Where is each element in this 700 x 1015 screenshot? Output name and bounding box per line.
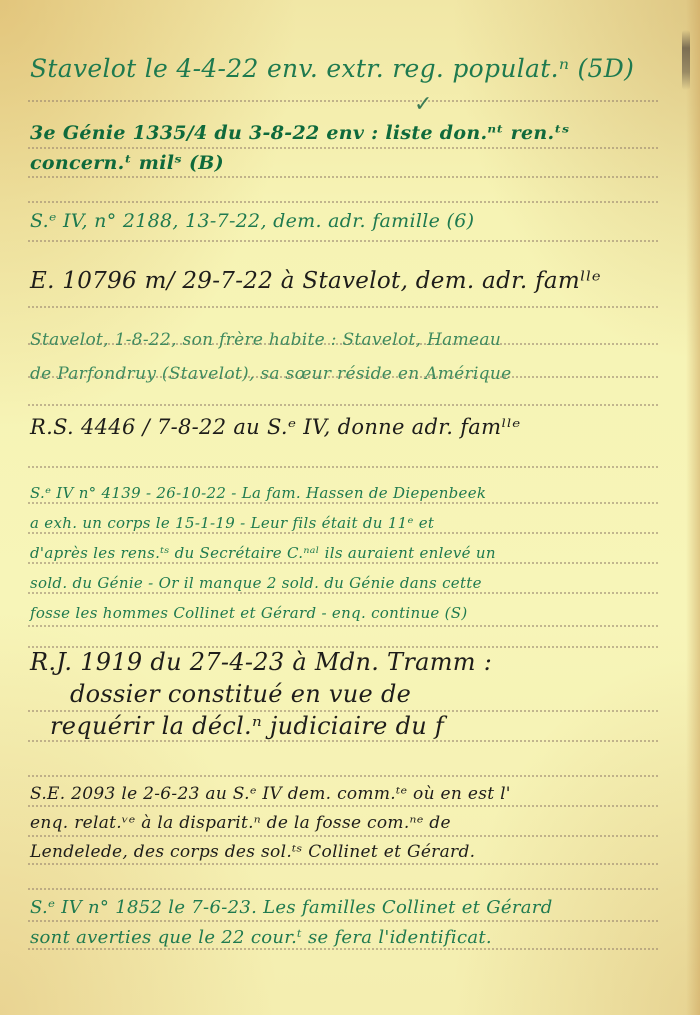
entry-line: dossier constitué en vue de	[30, 678, 680, 710]
entry-line: a exh. un corps le 15-1-19 - Leur fils é…	[30, 508, 680, 538]
entry-line: S.ᵉ IV n° 1852 le 7-6-23. Les familles C…	[30, 893, 680, 923]
entry-line: Stavelot le 4-4-22 env. extr. reg. popul…	[30, 54, 680, 83]
entry-line: d'après les rens.ᵗˢ du Secrétaire C.ⁿᵃˡ …	[30, 538, 680, 568]
ruled-line	[28, 240, 658, 242]
ink-smudge	[682, 30, 690, 90]
ruled-line	[28, 775, 658, 777]
ruled-line	[28, 100, 658, 102]
check-mark-icon: ✓	[414, 92, 432, 117]
entry-line: sold. du Génie - Or il manque 2 sold. du…	[30, 568, 680, 598]
entry-stavelot-family: Stavelot, 1-8-22, son frère habite : Sta…	[30, 323, 680, 391]
entry-line: Stavelot, 1-8-22, son frère habite : Sta…	[30, 323, 680, 357]
entry-line: S.E. 2093 le 2-6-23 au S.ᵉ IV dem. comm.…	[30, 780, 680, 809]
entry-rj-1919: R.J. 1919 du 27-4-23 à Mdn. Tramm : doss…	[30, 646, 680, 742]
ruled-line	[28, 466, 658, 468]
ruled-line	[28, 404, 658, 406]
entry-section-iv-4139: S.ᵉ IV n° 4139 - 26-10-22 - La fam. Hass…	[30, 478, 680, 628]
entry-se-2093: S.E. 2093 le 2-6-23 au S.ᵉ IV dem. comm.…	[30, 780, 680, 867]
entry-line: S.ᵉ IV n° 4139 - 26-10-22 - La fam. Hass…	[30, 478, 680, 508]
entry-line: R.S. 4446 / 7-8-22 au S.ᵉ IV, donne adr.…	[30, 415, 680, 439]
entry-line: requérir la décl.ⁿ judiciaire du f	[30, 710, 680, 742]
entry-line: 3e Génie 1335/4 du 3-8-22 env : liste do…	[30, 118, 680, 148]
ruled-line	[28, 888, 658, 890]
entry-line: sont averties que le 22 cour.ᵗ se fera l…	[30, 923, 680, 953]
entry-line: S.ᵉ IV, n° 2188, 13-7-22, dem. adr. fami…	[30, 210, 680, 232]
paper-edge-shadow	[686, 0, 700, 1015]
entry-genie-list: 3e Génie 1335/4 du 3-8-22 env : liste do…	[30, 118, 680, 178]
entry-e-10796: E. 10796 m/ 29-7-22 à Stavelot, dem. adr…	[30, 268, 680, 294]
entry-stavelot-extract: Stavelot le 4-4-22 env. extr. reg. popul…	[30, 54, 680, 83]
entry-line: concern.ᵗ milˢ (B)	[30, 148, 680, 178]
entry-section-iv-1852: S.ᵉ IV n° 1852 le 7-6-23. Les familles C…	[30, 893, 680, 953]
entry-rs-4446: R.S. 4446 / 7-8-22 au S.ᵉ IV, donne adr.…	[30, 415, 680, 439]
entry-line: fosse les hommes Collinet et Gérard - en…	[30, 598, 680, 628]
entry-line: E. 10796 m/ 29-7-22 à Stavelot, dem. adr…	[30, 268, 680, 294]
entry-line: Lendelede, des corps des sol.ᵗˢ Collinet…	[30, 838, 680, 867]
entry-section-iv-2188: S.ᵉ IV, n° 2188, 13-7-22, dem. adr. fami…	[30, 210, 680, 232]
ruled-line	[28, 306, 658, 308]
register-page: Stavelot le 4-4-22 env. extr. reg. popul…	[0, 0, 700, 1015]
entry-line: enq. relat.ᵛᵉ à la disparit.ⁿ de la foss…	[30, 809, 680, 838]
ruled-line	[28, 201, 658, 203]
entry-line: R.J. 1919 du 27-4-23 à Mdn. Tramm :	[30, 646, 680, 678]
entry-line: de Parfondruy (Stavelot), sa sœur réside…	[30, 357, 680, 391]
